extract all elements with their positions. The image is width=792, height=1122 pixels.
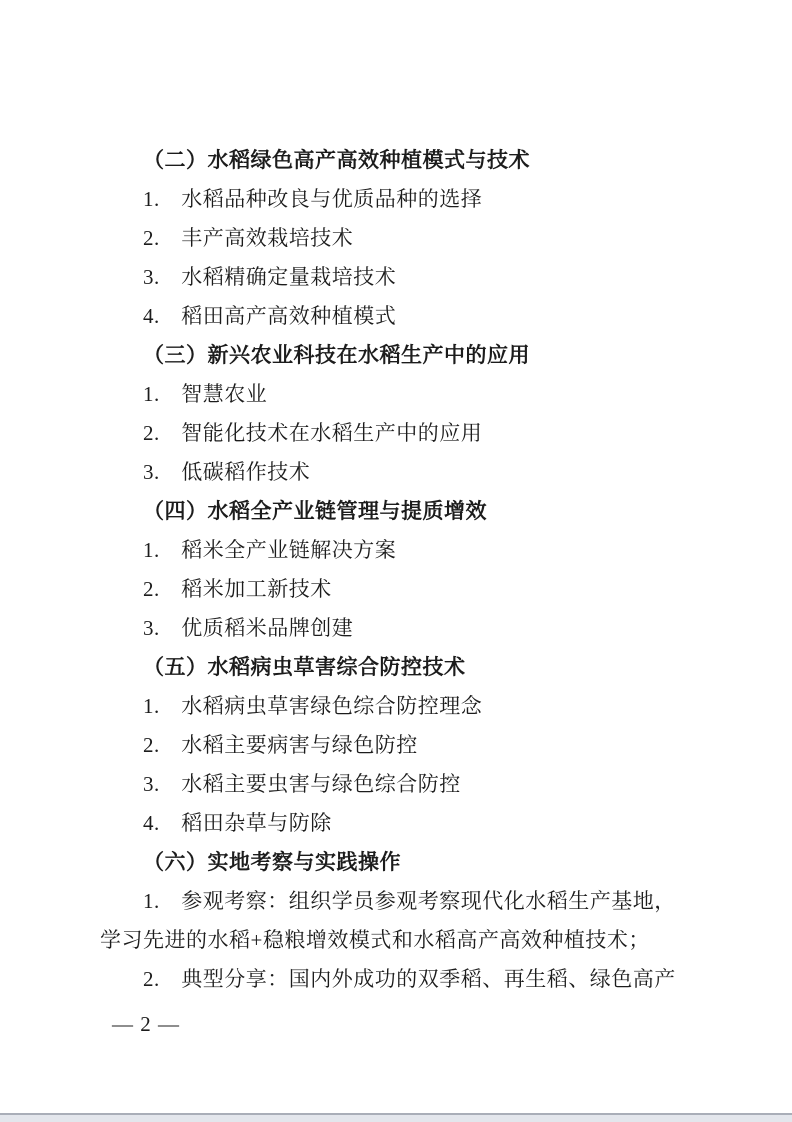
document-line: 2. 智能化技术在水稻生产中的应用 — [100, 414, 692, 453]
document-line: 3. 优质稻米品牌创建 — [100, 609, 692, 648]
document-line: 4. 稻田高产高效种植模式 — [100, 297, 692, 336]
document-line: 2. 水稻主要病害与绿色防控 — [100, 726, 692, 765]
document-line: 1. 水稻病虫草害绿色综合防控理念 — [100, 687, 692, 726]
document-line: 1. 水稻品种改良与优质品种的选择 — [100, 180, 692, 219]
document-line: 2. 丰产高效栽培技术 — [100, 219, 692, 258]
page-number: — 2 — — [112, 1005, 180, 1044]
document-line: 1. 参观考察：组织学员参观考察现代化水稻生产基地， — [100, 882, 692, 921]
document-line: 3. 水稻精确定量栽培技术 — [100, 258, 692, 297]
document-line: 1. 智慧农业 — [100, 375, 692, 414]
section-heading: （三）新兴农业科技在水稻生产中的应用 — [100, 336, 692, 375]
document-line: 3. 水稻主要虫害与绿色综合防控 — [100, 765, 692, 804]
document-line: 1. 稻米全产业链解决方案 — [100, 531, 692, 570]
document-line: 2. 稻米加工新技术 — [100, 570, 692, 609]
section-heading: （二）水稻绿色高产高效种植模式与技术 — [100, 141, 692, 180]
document-line: 4. 稻田杂草与防除 — [100, 804, 692, 843]
section-heading: （五）水稻病虫草害综合防控技术 — [100, 648, 692, 687]
section-heading: （六）实地考察与实践操作 — [100, 843, 692, 882]
document-line: 3. 低碳稻作技术 — [100, 453, 692, 492]
section-heading: （四）水稻全产业链管理与提质增效 — [100, 492, 692, 531]
document-line: 2. 典型分享：国内外成功的双季稻、再生稻、绿色高产 — [100, 960, 692, 999]
document-body: （二）水稻绿色高产高效种植模式与技术1. 水稻品种改良与优质品种的选择2. 丰产… — [100, 141, 692, 999]
page-edge-shadow — [0, 1115, 792, 1122]
document-page: （二）水稻绿色高产高效种植模式与技术1. 水稻品种改良与优质品种的选择2. 丰产… — [0, 0, 792, 1122]
document-line: 学习先进的水稻+稳粮增效模式和水稻高产高效种植技术； — [100, 921, 692, 960]
